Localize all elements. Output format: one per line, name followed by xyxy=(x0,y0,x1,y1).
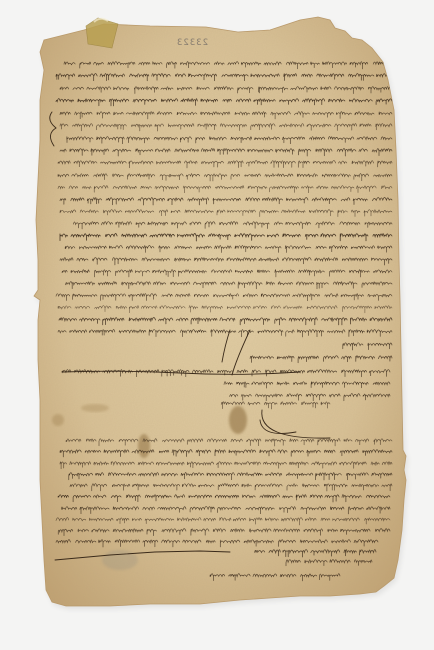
stain xyxy=(52,414,64,426)
stain xyxy=(229,406,247,434)
catalog-stamp: 23323 xyxy=(176,38,208,48)
stain xyxy=(138,434,150,458)
parchment-leaf xyxy=(0,0,434,650)
tape-repair-patch xyxy=(86,18,118,48)
stain xyxy=(81,404,109,412)
manuscript-photo: 23323 xyxy=(0,0,434,650)
stain xyxy=(102,550,138,570)
